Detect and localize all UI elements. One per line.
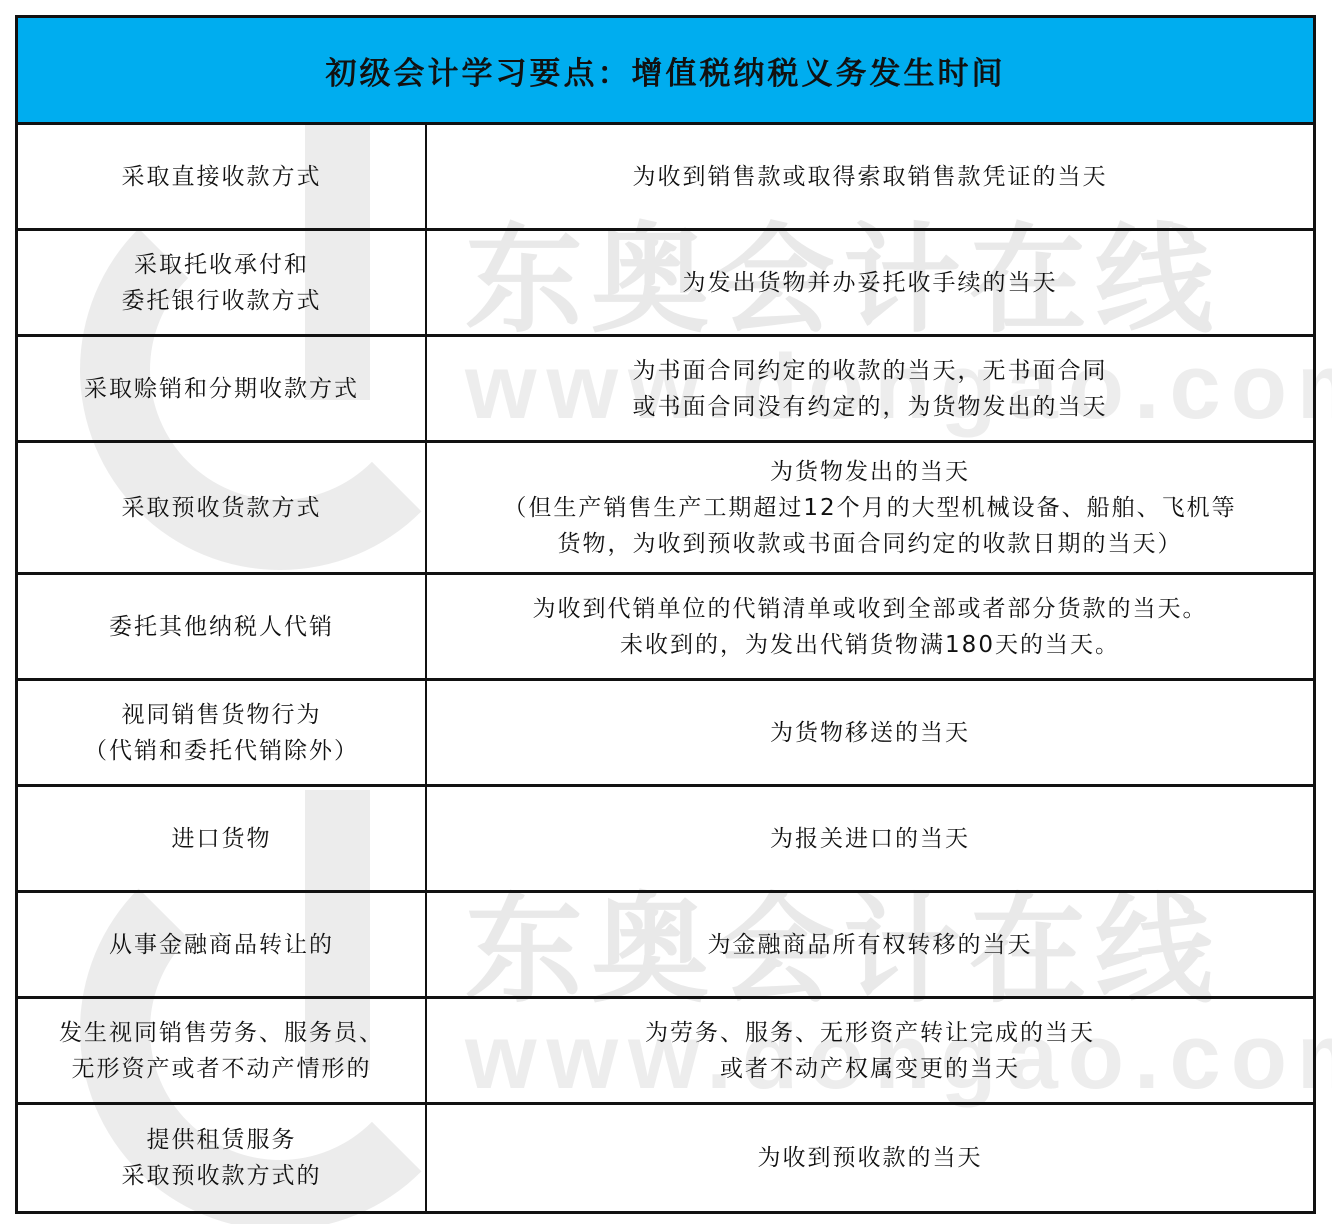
table-row: 采取托收承付和委托银行收款方式为发出货物并办妥托收手续的当天: [18, 231, 1313, 337]
payment-method-cell: 视同销售货物行为（代销和委托代销除外）: [18, 681, 427, 784]
payment-method-cell: 进口货物: [18, 787, 427, 890]
payment-method-text: 采取托收承付和: [134, 247, 309, 283]
tax-obligation-time-text: 为收到预收款的当天: [758, 1140, 983, 1176]
tax-obligation-time-text: 为报关进口的当天: [770, 821, 970, 857]
payment-method-text: 提供租赁服务: [147, 1122, 297, 1158]
tax-obligation-time-cell: 为劳务、服务、无形资产转让完成的当天或者不动产权属变更的当天: [427, 999, 1313, 1102]
payment-method-cell: 采取直接收款方式: [18, 125, 427, 228]
tax-obligation-time-text: 货物，为收到预收款或书面合同约定的收款日期的当天）: [558, 526, 1183, 562]
payment-method-text: 采取赊销和分期收款方式: [84, 371, 359, 407]
page-title: 初级会计学习要点：增值税纳税义务发生时间: [326, 48, 1006, 93]
tax-obligation-time-cell: 为书面合同约定的收款的当天，无书面合同或书面合同没有约定的，为货物发出的当天: [427, 337, 1313, 440]
tax-obligation-time-text: 为发出货物并办妥托收手续的当天: [683, 265, 1058, 301]
vat-timing-table: 初级会计学习要点：增值税纳税义务发生时间 采取直接收款方式为收到销售款或取得索取…: [15, 15, 1316, 1214]
tax-obligation-time-text: 为收到销售款或取得索取销售款凭证的当天: [633, 159, 1108, 195]
table-row: 进口货物为报关进口的当天: [18, 787, 1313, 893]
tax-obligation-time-cell: 为收到销售款或取得索取销售款凭证的当天: [427, 125, 1313, 228]
table-row: 采取赊销和分期收款方式为书面合同约定的收款的当天，无书面合同或书面合同没有约定的…: [18, 337, 1313, 443]
payment-method-cell: 发生视同销售劳务、服务员、无形资产或者不动产情形的: [18, 999, 427, 1102]
tax-obligation-time-cell: 为货物移送的当天: [427, 681, 1313, 784]
tax-obligation-time-cell: 为金融商品所有权转移的当天: [427, 893, 1313, 996]
tax-obligation-time-text: 为劳务、服务、无形资产转让完成的当天: [645, 1015, 1095, 1051]
payment-method-cell: 采取托收承付和委托银行收款方式: [18, 231, 427, 334]
tax-obligation-time-cell: 为发出货物并办妥托收手续的当天: [427, 231, 1313, 334]
tax-obligation-time-text: 为书面合同约定的收款的当天，无书面合同: [633, 353, 1108, 389]
payment-method-text: （代销和委托代销除外）: [84, 733, 359, 769]
tax-obligation-time-text: （但生产销售生产工期超过12个月的大型机械设备、船舶、飞机等: [503, 490, 1236, 526]
tax-obligation-time-text: 为货物移送的当天: [770, 715, 970, 751]
table-row: 委托其他纳税人代销为收到代销单位的代销清单或收到全部或者部分货款的当天。未收到的…: [18, 575, 1313, 681]
payment-method-text: 进口货物: [172, 821, 272, 857]
tax-obligation-time-cell: 为报关进口的当天: [427, 787, 1313, 890]
table-row: 视同销售货物行为（代销和委托代销除外）为货物移送的当天: [18, 681, 1313, 787]
table-row: 提供租赁服务采取预收款方式的为收到预收款的当天: [18, 1105, 1313, 1211]
table-body: 采取直接收款方式为收到销售款或取得索取销售款凭证的当天采取托收承付和委托银行收款…: [18, 125, 1313, 1211]
table-row: 采取直接收款方式为收到销售款或取得索取销售款凭证的当天: [18, 125, 1313, 231]
tax-obligation-time-text: 或者不动产权属变更的当天: [720, 1051, 1020, 1087]
tax-obligation-time-text: 或书面合同没有约定的，为货物发出的当天: [633, 389, 1108, 425]
tax-obligation-time-cell: 为货物发出的当天（但生产销售生产工期超过12个月的大型机械设备、船舶、飞机等货物…: [427, 443, 1313, 572]
tax-obligation-time-text: 为货物发出的当天: [770, 454, 970, 490]
tax-obligation-time-cell: 为收到预收款的当天: [427, 1105, 1313, 1211]
tax-obligation-time-text: 为金融商品所有权转移的当天: [708, 927, 1033, 963]
tax-obligation-time-text: 未收到的，为发出代销货物满180天的当天。: [620, 627, 1120, 663]
payment-method-cell: 提供租赁服务采取预收款方式的: [18, 1105, 427, 1211]
payment-method-text: 委托银行收款方式: [122, 283, 322, 319]
tax-obligation-time-text: 为收到代销单位的代销清单或收到全部或者部分货款的当天。: [533, 591, 1208, 627]
payment-method-text: 从事金融商品转让的: [109, 927, 334, 963]
table-header: 初级会计学习要点：增值税纳税义务发生时间: [18, 18, 1313, 125]
payment-method-text: 采取直接收款方式: [122, 159, 322, 195]
payment-method-cell: 委托其他纳税人代销: [18, 575, 427, 678]
table-row: 采取预收货款方式为货物发出的当天（但生产销售生产工期超过12个月的大型机械设备、…: [18, 443, 1313, 575]
payment-method-text: 无形资产或者不动产情形的: [72, 1051, 372, 1087]
table-row: 从事金融商品转让的为金融商品所有权转移的当天: [18, 893, 1313, 999]
payment-method-text: 采取预收款方式的: [122, 1158, 322, 1194]
payment-method-cell: 从事金融商品转让的: [18, 893, 427, 996]
payment-method-cell: 采取预收货款方式: [18, 443, 427, 572]
payment-method-text: 采取预收货款方式: [122, 490, 322, 526]
payment-method-text: 发生视同销售劳务、服务员、: [59, 1015, 384, 1051]
payment-method-cell: 采取赊销和分期收款方式: [18, 337, 427, 440]
tax-obligation-time-cell: 为收到代销单位的代销清单或收到全部或者部分货款的当天。未收到的，为发出代销货物满…: [427, 575, 1313, 678]
payment-method-text: 视同销售货物行为: [122, 697, 322, 733]
table-row: 发生视同销售劳务、服务员、无形资产或者不动产情形的为劳务、服务、无形资产转让完成…: [18, 999, 1313, 1105]
payment-method-text: 委托其他纳税人代销: [109, 609, 334, 645]
